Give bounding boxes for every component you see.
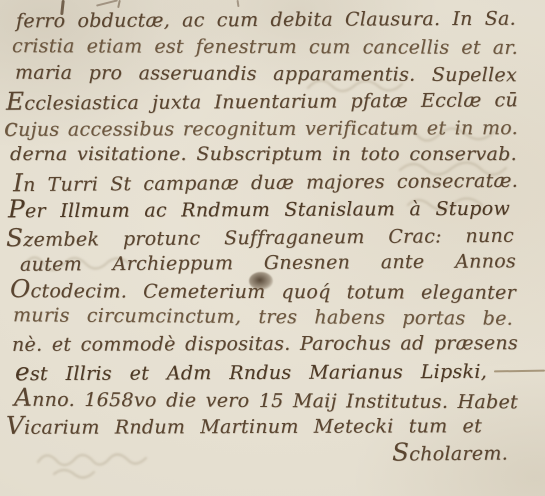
cropped-line-remnant: [96, 0, 118, 7]
manuscript-line: Ecclesiastica juxta Inuentarium pfatæ Ec…: [6, 86, 518, 116]
manuscript-line: autem Archieppum Gnesnen ante Annos: [20, 249, 516, 276]
manuscript-line: maria pro asseruandis apparamentis. Supe…: [15, 61, 517, 88]
manuscript-line: Scholarem.: [392, 439, 522, 466]
manuscript-line: In Turri St campanæ duæ majores consecra…: [13, 167, 518, 197]
manuscript-line: derna visitatione. Subscriptum in toto c…: [10, 142, 517, 166]
cropped-line-remnant: [117, 0, 121, 8]
bleedthrough-marks: [34, 440, 154, 480]
line-filler-dash: [494, 370, 545, 373]
manuscript-line: Octodecim. Cemeterium quoq́ totum elegan…: [10, 277, 516, 305]
manuscript-line: Vicarium Rndum Martinum Metecki tum et: [6, 412, 482, 440]
manuscript-line: Szembek protunc Suffraganeum Crac: nunc: [6, 222, 514, 252]
manuscript-line: Anno. 1658vo die vero 15 Maij Institutus…: [14, 386, 518, 415]
cropped-line-remnant: [237, 0, 240, 7]
manuscript-line: Per Illmum ac Rndmum Stanislaum à Stupow: [8, 195, 510, 224]
manuscript-line: cujus accessibus recognitum verificatum …: [4, 114, 518, 142]
manuscript-line: nè. et commodè dispositas. Parochus ad p…: [12, 331, 518, 357]
manuscript-line: est Illris et Adm Rndus Marianus Lipski,: [15, 358, 487, 386]
manuscript-line: cristia etiam est fenestrum cum cancelli…: [12, 34, 518, 60]
manuscript-line: muris circumcinctum, tres habens portas …: [13, 303, 513, 330]
manuscript-line: ferro obductæ, ac cum debita Clausura. I…: [16, 7, 516, 34]
manuscript-page: ferro obductæ, ac cum debita Clausura. I…: [0, 0, 545, 496]
